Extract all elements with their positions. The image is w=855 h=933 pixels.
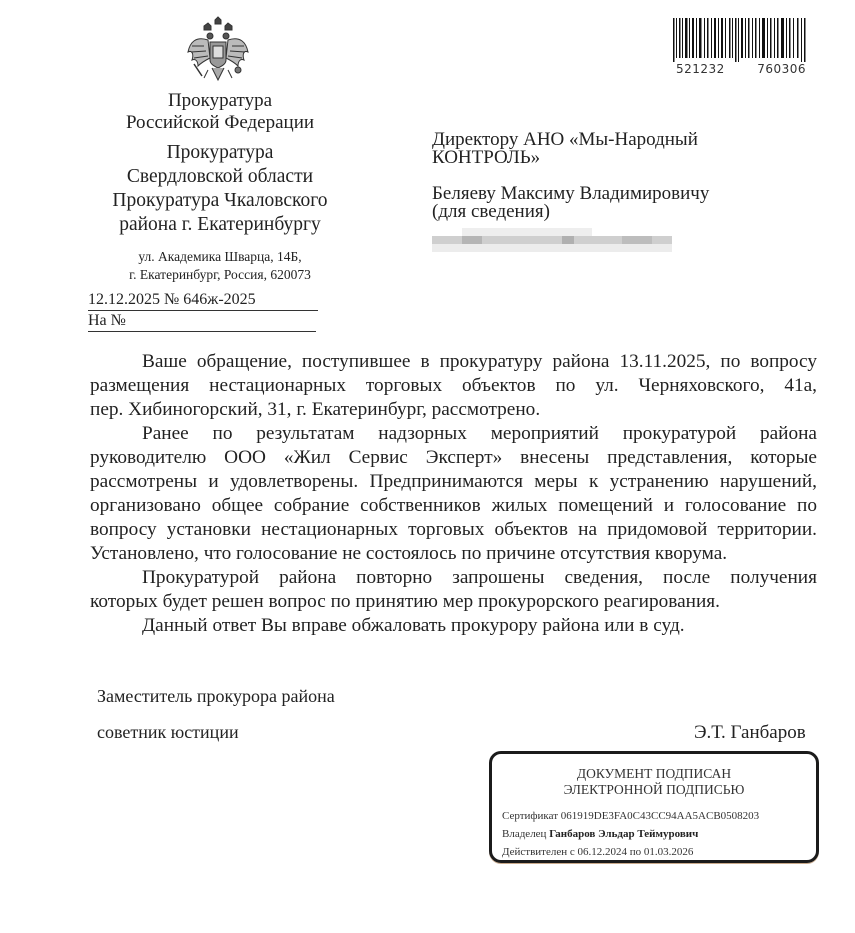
- certificate-label: Сертификат: [502, 810, 558, 822]
- incoming-reference-label: На №: [88, 311, 126, 331]
- org-line: Прокуратура Чкаловского: [70, 189, 370, 213]
- recipient-line: (для сведения): [432, 203, 709, 221]
- valid-from: 06.12.2024: [578, 846, 628, 858]
- valid-label: Действителен с: [502, 846, 575, 858]
- signer-rank: советник юстиции: [97, 722, 239, 743]
- org-header-local: Прокуратура Свердловской области Прокура…: [70, 141, 370, 237]
- body-line: рассмотрены и удовлетворены. Предпринима…: [90, 470, 817, 494]
- org-line: Прокуратура: [70, 90, 370, 112]
- recipient-person: Беляеву Максиму Владимировичу (для сведе…: [432, 185, 709, 221]
- owner-value: Ганбаров Эльдар Теймурович: [549, 828, 698, 840]
- org-line: Прокуратура: [70, 141, 370, 165]
- coat-of-arms-icon: [182, 16, 254, 86]
- stamp-owner: Владелец Ганбаров Эльдар Теймурович: [502, 828, 698, 840]
- org-line: района г. Екатеринбургу: [70, 213, 370, 237]
- barcode-icon: [673, 18, 809, 66]
- body-line: Данный ответ Вы вправе обжаловать прокур…: [90, 614, 817, 638]
- recipient-organization: Директору АНО «Мы-Народный КОНТРОЛЬ»: [432, 131, 698, 167]
- paragraph-2: Ранее по результатам надзорных мероприят…: [90, 422, 817, 566]
- body-line: Установлено, что голосование не состояло…: [90, 542, 817, 566]
- outgoing-reference: 12.12.2025 № 646ж-2025: [88, 290, 318, 311]
- certificate-value: 061919DE3FA0C43CC94AA5ACB0508203: [561, 810, 759, 822]
- org-line: Российской Федерации: [70, 112, 370, 134]
- incoming-reference: На №: [88, 311, 316, 332]
- owner-label: Владелец: [502, 828, 546, 840]
- org-header-federal: Прокуратура Российской Федерации: [70, 90, 370, 134]
- valid-to-label: по: [630, 846, 641, 858]
- recipient-line: КОНТРОЛЬ»: [432, 149, 698, 167]
- redacted-address: [432, 228, 672, 252]
- stamp-heading: ДОКУМЕНТ ПОДПИСАН ЭЛЕКТРОННОЙ ПОДПИСЬЮ: [492, 766, 816, 798]
- valid-to: 01.03.2026: [644, 846, 694, 858]
- paragraph-1: Ваше обращение, поступившее в прокуратур…: [90, 350, 817, 422]
- barcode-digits: 521232 760306: [676, 62, 806, 76]
- body-line: вопросу установки нестационарных торговы…: [90, 518, 817, 542]
- stamp-validity: Действителен с 06.12.2024 по 01.03.2026: [502, 846, 693, 858]
- paragraph-4: Данный ответ Вы вправе обжаловать прокур…: [90, 614, 817, 638]
- stamp-heading-line: ДОКУМЕНТ ПОДПИСАН: [492, 766, 816, 782]
- paragraph-3: Прокуратурой района повторно запрошены с…: [90, 566, 817, 614]
- body-line: Ваше обращение, поступившее в прокуратур…: [90, 350, 817, 374]
- body-line: Прокуратурой района повторно запрошены с…: [90, 566, 817, 590]
- stamp-heading-line: ЭЛЕКТРОННОЙ ПОДПИСЬЮ: [492, 782, 816, 798]
- signer-position: Заместитель прокурора района: [97, 686, 335, 707]
- body-line: пер. Хибиногорский, 31, г. Екатеринбург,…: [90, 398, 817, 422]
- org-line: Свердловской области: [70, 165, 370, 189]
- body-line: организовано общее собрание собственнико…: [90, 494, 817, 518]
- body-line: которых будет решен вопрос по принятию м…: [90, 590, 817, 614]
- letter-body: Ваше обращение, поступившее в прокуратур…: [90, 350, 817, 638]
- body-line: размещения нестационарных торговых объек…: [90, 374, 817, 398]
- signer-name: Э.Т. Ганбаров: [694, 722, 806, 744]
- address-line: г. Екатеринбург, Россия, 620073: [85, 266, 355, 284]
- e-signature-stamp: ДОКУМЕНТ ПОДПИСАН ЭЛЕКТРОННОЙ ПОДПИСЬЮ С…: [489, 751, 819, 863]
- barcode-right-digits: 760306: [757, 62, 806, 76]
- body-line: руководителю ООО «Жил Сервис Эксперт» вн…: [90, 446, 817, 470]
- stamp-certificate: Сертификат 061919DE3FA0C43CC94AA5ACB0508…: [502, 810, 759, 822]
- barcode-left-digits: 521232: [676, 62, 725, 76]
- body-line: Ранее по результатам надзорных мероприят…: [90, 422, 817, 446]
- org-address: ул. Академика Шварца, 14Б, г. Екатеринбу…: [85, 248, 355, 284]
- address-line: ул. Академика Шварца, 14Б,: [85, 248, 355, 266]
